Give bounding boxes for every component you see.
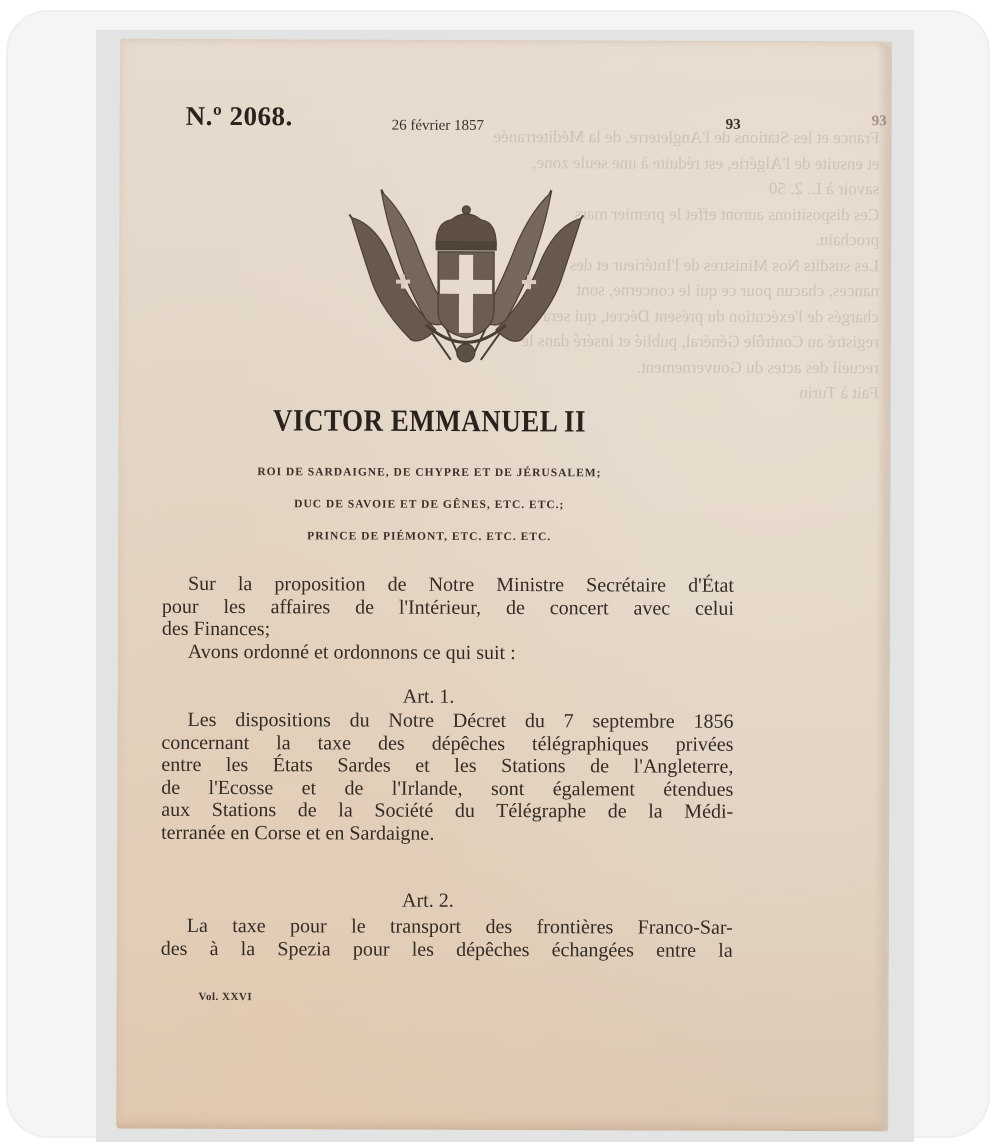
article-line: concernant la taxe des dépêches télégrap…: [161, 731, 733, 755]
show-through-line: nances, chacun pour ce qui le concerne, …: [639, 277, 879, 303]
article-line: de l'Ecosse et de l'Irlande, sont égalem…: [161, 776, 733, 800]
show-through-line: France et les Stations de l'Angleterre, …: [640, 124, 880, 150]
article-line: des à la Spezia pour les dépêches échang…: [161, 937, 733, 961]
article-1-text: Les dispositions du Notre Décret du 7 se…: [161, 709, 733, 846]
decree-date: 26 février 1857: [392, 118, 485, 135]
decree-number: N.º 2068.: [186, 101, 293, 132]
show-through-line: chargés de l'exécution du présent Décret…: [639, 303, 879, 329]
show-through-line: savoir à L. 2. 50: [639, 175, 879, 201]
article-1-heading: Art. 1.: [118, 685, 890, 711]
preamble-line: des Finances;: [162, 618, 734, 642]
show-through-line: et ensuite de l'Algérie, est réduite à u…: [639, 150, 879, 176]
show-through-line: registré au Contrôle Général, publié et …: [639, 328, 879, 354]
preamble-line: pour les affaires de l'Intérieur, de con…: [162, 595, 734, 619]
article-line: terranée en Corse et en Sardaigne.: [161, 821, 733, 845]
article-2-text: La taxe pour le transport des frontières…: [161, 915, 733, 962]
preamble: Sur la proposition de Notre Ministre Sec…: [162, 573, 734, 665]
show-through-line: prochain.: [639, 226, 879, 252]
article-line: entre les États Sardes et les Stations d…: [161, 754, 733, 778]
show-through-line: recueil des actes du Gouvernement.: [639, 354, 879, 380]
article-2-heading: Art. 2.: [117, 889, 889, 915]
sovereign-subtitle-line: ROI DE SARDAIGNE, DE CHYPRE ET DE JÉRUSA…: [118, 466, 890, 481]
sovereign-subtitle-line: PRINCE DE PIÉMONT, ETC. ETC. ETC.: [118, 530, 890, 545]
volume-signature: Vol. XXVI: [199, 991, 253, 1003]
article-line: aux Stations de la Société du Télégraphe…: [161, 799, 733, 823]
page-number: 93: [726, 117, 741, 134]
show-through-line: Les susdits Nos Ministres de l'Intérieur…: [639, 252, 879, 278]
document-photo: 93 France et les Stations de l'Angleterr…: [96, 30, 914, 1142]
coat-of-arms-icon: [341, 169, 592, 380]
show-through-line: Fait à Turin: [639, 379, 879, 405]
sovereign-subtitle-line: DUC DE SAVOIE ET DE GÊNES, ETC. ETC.;: [118, 498, 890, 513]
show-through-text: France et les Stations de l'Angleterre, …: [639, 124, 880, 405]
article-line: La taxe pour le transport des frontières…: [161, 915, 733, 939]
preamble-line: Sur la proposition de Notre Ministre Sec…: [162, 573, 734, 597]
decree-page: 93 France et les Stations de l'Angleterr…: [116, 39, 892, 1132]
sovereign-title: VICTOR EMMANUEL II: [119, 402, 891, 440]
image-card: 93 France et les Stations de l'Angleterr…: [8, 12, 988, 1136]
show-through-line: Ces dispositions auront effet le premier…: [639, 201, 879, 227]
ordinance-line: Avons ordonné et ordonnons ce qui suit :: [162, 640, 734, 664]
article-line: Les dispositions du Notre Décret du 7 se…: [161, 709, 733, 733]
